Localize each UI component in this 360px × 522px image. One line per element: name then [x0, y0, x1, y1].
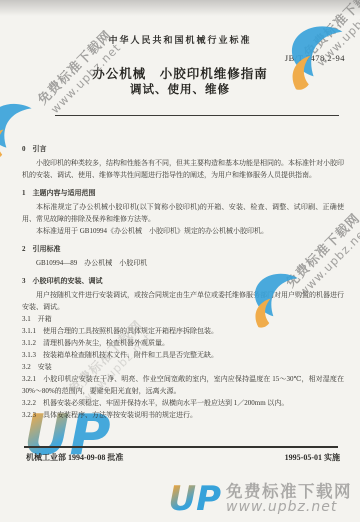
section-3-heading: 3 小胶印机的安装、调试 — [22, 275, 344, 287]
document-body: 0 引言 小胶印机的种类较多，结构和性能各有不同，但其主要构造和基本功能是相同的… — [22, 139, 344, 421]
section-1-paragraph-1: 本标准规定了办公机械小胶印机(以下简称小胶印机)的开箱、安装、检查、调整、试印刷… — [22, 201, 344, 225]
section-1-paragraph-2: 本标准适用于 GB10994《办公机械 小胶印机》规定的办公机械小胶印机。 — [22, 225, 344, 237]
logo-letter-p: P — [196, 479, 221, 519]
clause-3-2-2: 3.2.2 机器安装必须稳定、牢固并保持水平，纵横向水平一般应达到 1／200m… — [22, 397, 344, 409]
logo-letter-u: U — [168, 479, 196, 519]
standard-number: JB/T 7478.2-94 — [285, 53, 345, 63]
scan-edge-shade — [0, 0, 360, 16]
document-title-line1: 办公机械 小胶印机维修指南 — [0, 64, 360, 82]
clause-3-1-3: 3.1.3 按装箱单检查随机技术文件、附件和工具是否完整无缺。 — [22, 349, 344, 361]
section-1-heading: 1 主题内容与适用范围 — [22, 187, 344, 199]
clause-3-2-3: 3.2.3 具体安装程序、方法等按安装说明书的规定进行。 — [22, 409, 344, 421]
section-2-heading: 2 引用标准 — [22, 243, 344, 255]
section-3-paragraph: 用户按随机文件进行安装调试，或按合同规定由生产单位或委托维修服务部门对用户购置的… — [22, 289, 344, 313]
footer: 机械工业部 1994-09-08 批准 1995-05-01 实施 — [26, 452, 340, 463]
upbz-logo-letters: UP — [168, 482, 221, 516]
clause-3-2: 3.2 安装 — [22, 361, 344, 373]
header-divider — [55, 115, 339, 116]
watermark-bottom-right: UP 免费标准下载网 www.upbz.net — [168, 482, 352, 516]
section-0-paragraph: 小胶印机的种类较多，结构和性能各有不同，但其主要构造和基本功能是相同的。本标准针… — [22, 157, 344, 181]
document-title-line2: 调试、使用、维修 — [0, 81, 360, 97]
footer-divider — [24, 446, 338, 448]
section-0-heading: 0 引言 — [22, 143, 344, 155]
clause-3-1-1: 3.1.1 使用合理的工具按照机器的具体规定开箱程序拆除包装。 — [22, 325, 344, 337]
scanned-standard-page: 免费标准下载网 www.upbz.net 免费标准下载网 www.upbz.ne… — [0, 0, 360, 522]
watermark-site-url: www.upbz.net — [226, 500, 352, 515]
clause-3-1-2: 3.1.2 清理机器内外灰尘，检查机器外观质量。 — [22, 337, 344, 349]
watermark-text-block: 免费标准下载网 www.upbz.net — [226, 483, 352, 515]
standard-org-line: 中华人民共和国机械行业标准 — [0, 33, 360, 46]
approval-note: 机械工业部 1994-09-08 批准 — [26, 452, 123, 463]
clause-3-1: 3.1 开箱 — [22, 313, 344, 325]
implementation-note: 1995-05-01 实施 — [285, 452, 340, 463]
watermark-site-name: 免费标准下载网 — [226, 483, 352, 500]
section-2-reference: GB10994—89 办公机械 小胶印机 — [22, 257, 344, 269]
clause-3-2-1: 3.2.1 小胶印机应安装在干净、明亮、作业空间宽敞的室内，室内应保持温度在 1… — [22, 373, 344, 397]
